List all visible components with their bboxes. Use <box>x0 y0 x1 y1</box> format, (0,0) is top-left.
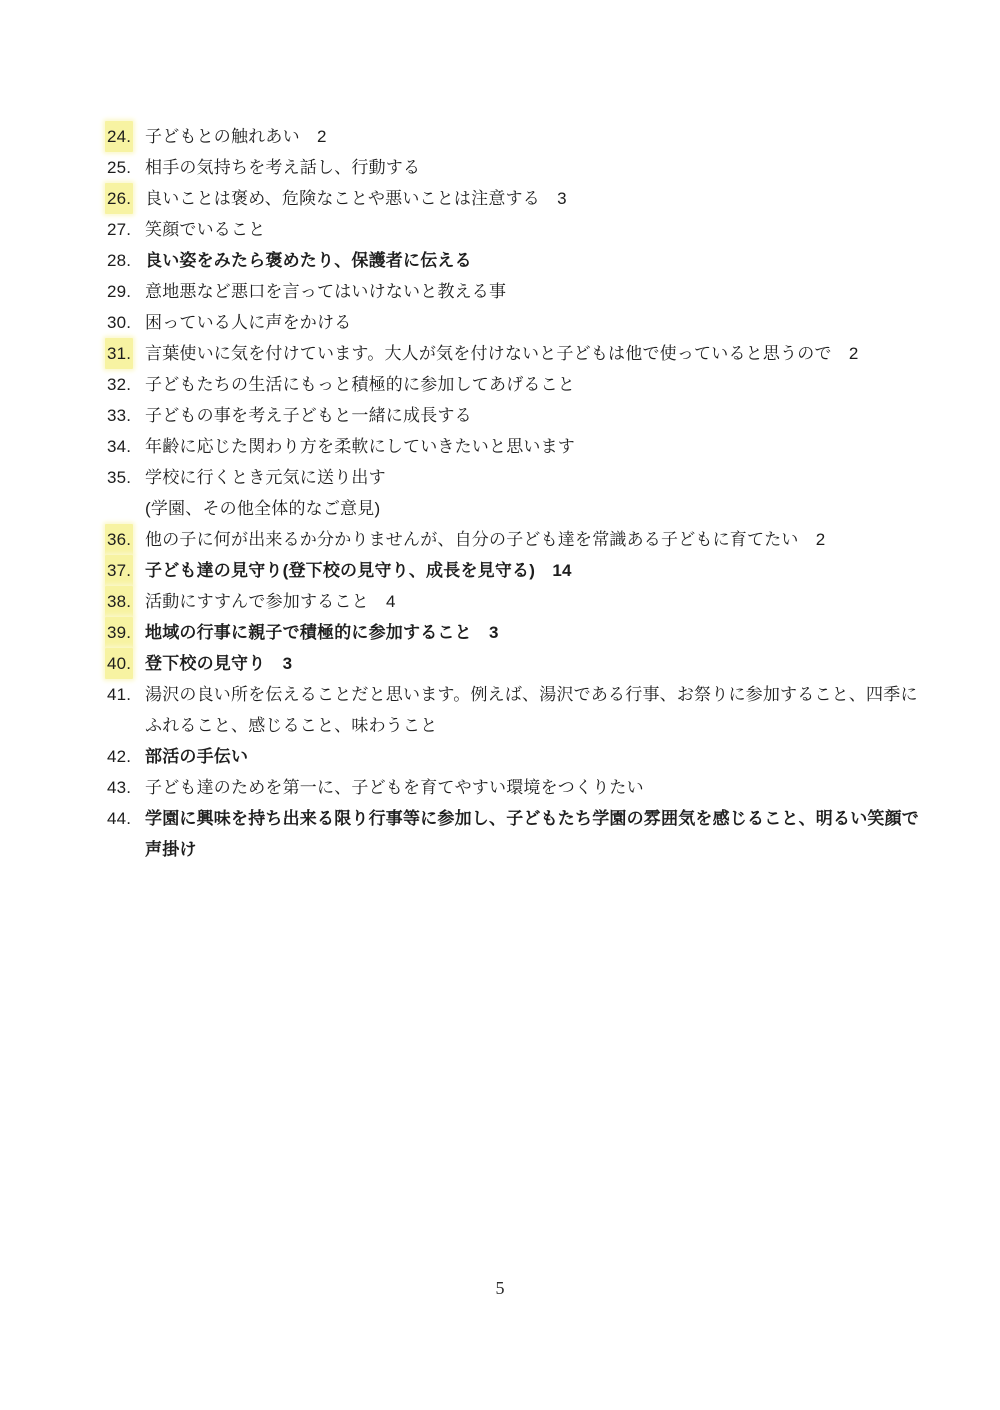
item-number: 37. <box>107 555 145 586</box>
item-number: 41. <box>107 679 145 710</box>
list-item: 32. 子どもたちの生活にもっと積極的に参加してあげること <box>107 369 919 400</box>
list-item: 34. 年齢に応じた関わり方を柔軟にしていきたいと思います <box>107 431 919 462</box>
item-text: 困っている人に声をかける <box>145 307 919 338</box>
item-number: 34. <box>107 431 145 462</box>
item-number: 36. <box>107 524 145 555</box>
item-text: 笑顔でいること <box>145 214 919 245</box>
item-text: 湯沢の良い所を伝えることだと思います。例えば、湯沢である行事、お祭りに参加するこ… <box>145 679 919 741</box>
item-text: 子ども達の見守り(登下校の見守り、成長を見守る) 14 <box>145 555 919 586</box>
item-number: 39. <box>107 617 145 648</box>
list-item: 43. 子ども達のためを第一に、子どもを育てやすい環境をつくりたい <box>107 772 919 803</box>
item-number: 32. <box>107 369 145 400</box>
list-item: (学園、その他全体的なご意見) <box>107 493 919 524</box>
item-number: 27. <box>107 214 145 245</box>
list-item: 31. 言葉使いに気を付けています。大人が気を付けないと子どもは他で使っていると… <box>107 338 919 369</box>
item-number: 30. <box>107 307 145 338</box>
item-text: 活動にすすんで参加すること 4 <box>145 586 919 617</box>
item-text: (学園、その他全体的なご意見) <box>145 493 919 524</box>
item-number: 33. <box>107 400 145 431</box>
list-item: 26. 良いことは褒め、危険なことや悪いことは注意する 3 <box>107 183 919 214</box>
item-text: 地域の行事に親子で積極的に参加すること 3 <box>145 617 919 648</box>
list-item: 29. 意地悪など悪口を言ってはいけないと教える事 <box>107 276 919 307</box>
list-item: 44. 学園に興味を持ち出来る限り行事等に参加し、子どもたち学園の雰囲気を感じる… <box>107 803 919 865</box>
item-text: 良いことは褒め、危険なことや悪いことは注意する 3 <box>145 183 919 214</box>
item-number: 43. <box>107 772 145 803</box>
item-text: 子どもたちの生活にもっと積極的に参加してあげること <box>145 369 919 400</box>
item-number: 40. <box>107 648 145 679</box>
item-text: 子ども達のためを第一に、子どもを育てやすい環境をつくりたい <box>145 772 919 803</box>
list-item: 37. 子ども達の見守り(登下校の見守り、成長を見守る) 14 <box>107 555 919 586</box>
item-text: 他の子に何が出来るか分かりませんが、自分の子ども達を常識ある子どもに育てたい 2 <box>145 524 919 555</box>
item-text: 子どもとの触れあい 2 <box>145 121 919 152</box>
item-number <box>107 493 145 524</box>
item-text: 言葉使いに気を付けています。大人が気を付けないと子どもは他で使っていると思うので… <box>145 338 919 369</box>
item-text: 部活の手伝い <box>145 741 919 772</box>
item-number: 28. <box>107 245 145 276</box>
item-text: 意地悪など悪口を言ってはいけないと教える事 <box>145 276 919 307</box>
list-item: 42. 部活の手伝い <box>107 741 919 772</box>
item-text: 学園に興味を持ち出来る限り行事等に参加し、子どもたち学園の雰囲気を感じること、明… <box>145 803 919 865</box>
item-text: 良い姿をみたら褒めたり、保護者に伝える <box>145 245 919 276</box>
list-item: 36. 他の子に何が出来るか分かりませんが、自分の子ども達を常識ある子どもに育て… <box>107 524 919 555</box>
list-item: 41. 湯沢の良い所を伝えることだと思います。例えば、湯沢である行事、お祭りに参… <box>107 679 919 741</box>
item-text: 登下校の見守り 3 <box>145 648 919 679</box>
numbered-list: 24. 子どもとの触れあい 2 25. 相手の気持ちを考え話し、行動する 26.… <box>107 121 919 865</box>
item-number: 25. <box>107 152 145 183</box>
list-item: 25. 相手の気持ちを考え話し、行動する <box>107 152 919 183</box>
item-number: 42. <box>107 741 145 772</box>
item-text: 相手の気持ちを考え話し、行動する <box>145 152 919 183</box>
item-number: 29. <box>107 276 145 307</box>
item-number: 35. <box>107 462 145 493</box>
document-page: 24. 子どもとの触れあい 2 25. 相手の気持ちを考え話し、行動する 26.… <box>0 0 1000 1410</box>
list-item: 33. 子どもの事を考え子どもと一緒に成長する <box>107 400 919 431</box>
item-number: 26. <box>107 183 145 214</box>
list-item: 28. 良い姿をみたら褒めたり、保護者に伝える <box>107 245 919 276</box>
item-text: 学校に行くとき元気に送り出す <box>145 462 919 493</box>
item-number: 44. <box>107 803 145 834</box>
list-item: 39. 地域の行事に親子で積極的に参加すること 3 <box>107 617 919 648</box>
page-number: 5 <box>0 1278 1000 1299</box>
item-text: 子どもの事を考え子どもと一緒に成長する <box>145 400 919 431</box>
list-item: 30. 困っている人に声をかける <box>107 307 919 338</box>
list-item: 35. 学校に行くとき元気に送り出す <box>107 462 919 493</box>
list-item: 27. 笑顔でいること <box>107 214 919 245</box>
item-text: 年齢に応じた関わり方を柔軟にしていきたいと思います <box>145 431 919 462</box>
item-number: 31. <box>107 338 145 369</box>
list-item: 40. 登下校の見守り 3 <box>107 648 919 679</box>
list-item: 24. 子どもとの触れあい 2 <box>107 121 919 152</box>
item-number: 24. <box>107 121 145 152</box>
item-number: 38. <box>107 586 145 617</box>
list-item: 38. 活動にすすんで参加すること 4 <box>107 586 919 617</box>
